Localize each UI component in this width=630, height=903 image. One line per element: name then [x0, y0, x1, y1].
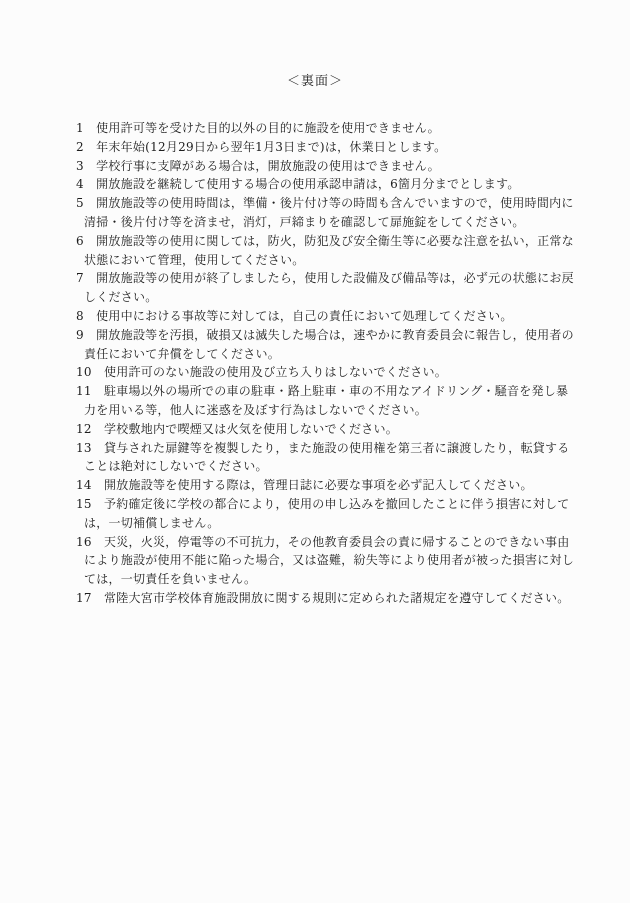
rule-text: 開放施設等の使用に関しては，防火，防犯及び安全衛生等に必要な注意を払い，正常な [96, 234, 574, 248]
rule-number: 6 [76, 234, 84, 248]
number-text-gap [92, 420, 104, 439]
rule-first-line: 16 天災，火災，停電等の不可抗力，その他教育委員会の責に帰することのできない事… [76, 533, 553, 552]
number-text-gap [84, 232, 96, 251]
rule-text: 開放施設等の使用時間は，準備・後片付け等の時間も含んでいますので，使用時間内に [96, 196, 574, 210]
number-text-gap [92, 382, 104, 401]
rule-text: 開放施設等の使用が終了しましたら，使用した設備及び備品等は，必ず元の状態にお戻 [96, 271, 574, 285]
rule-first-line: 8 使用中における事故等に対しては，自己の責任において処理してください。 [76, 307, 553, 326]
rule-text: 使用許可のない施設の使用及び立ち入りはしないでください。 [104, 365, 447, 379]
rule-number: 8 [76, 309, 84, 323]
rule-first-line: 14 開放施設等を使用する際は，管理日誌に必要な事項を必ず記入してください。 [76, 476, 553, 495]
rule-item: 4 開放施設を継続して使用する場合の使用承認申請は，6箇月分までとします。 [84, 175, 553, 194]
number-text-gap [84, 326, 96, 345]
rule-continuation-line: ては，一切責任を負いません。 [84, 570, 553, 589]
rule-number: 13 [76, 441, 92, 455]
number-text-gap [84, 119, 96, 138]
rule-text: 使用許可等を受けた目的以外の目的に施設を使用できません。 [96, 121, 440, 135]
rule-first-line: 1 使用許可等を受けた目的以外の目的に施設を使用できません。 [76, 119, 553, 138]
rule-number: 1 [76, 121, 84, 135]
rule-number: 15 [76, 497, 92, 511]
rule-item: 12 学校敷地内で喫煙又は火気を使用しないでください。 [84, 420, 553, 439]
rule-text: 学校敷地内で喫煙又は火気を使用しないでください。 [104, 422, 398, 436]
rule-text: 年末年始(12月29日から翌年1月3日まで)は，休業日とします。 [96, 140, 446, 154]
rule-item: 8 使用中における事故等に対しては，自己の責任において処理してください。 [84, 307, 553, 326]
rule-continuation-line: 力を用いる等，他人に迷惑を及ぼす行為はしないでください。 [84, 401, 553, 420]
rule-number: 14 [76, 478, 92, 492]
number-text-gap [84, 307, 96, 326]
rule-continuation-line: 清掃・後片付け等を済ませ，消灯，戸締まりを確認して扉施錠をしてください。 [84, 213, 553, 232]
rule-first-line: 11 駐車場以外の場所での車の駐車・路上駐車・車の不用なアイドリング・騒音を発し… [76, 382, 553, 401]
rule-item: 7 開放施設等の使用が終了しましたら，使用した設備及び備品等は，必ず元の状態にお… [84, 269, 553, 307]
rule-text: 常陸大宮市学校体育施設開放に関する規則に定められた諸規定を遵守してください。 [104, 591, 570, 605]
rule-text: 予約確定後に学校の都合により，使用の申し込みを撤回したことに伴う損害に対して [104, 497, 570, 511]
rule-text: 開放施設等を汚損，破損又は滅失した場合は，速やかに教育委員会に報告し，使用者の [96, 328, 574, 342]
rule-number: 7 [76, 271, 84, 285]
rule-number: 9 [76, 328, 84, 342]
number-text-gap [92, 495, 104, 514]
rule-first-line: 15 予約確定後に学校の都合により，使用の申し込みを撤回したことに伴う損害に対し… [76, 495, 553, 514]
rule-first-line: 17 常陸大宮市学校体育施設開放に関する規則に定められた諸規定を遵守してください… [76, 589, 553, 608]
rule-number: 11 [76, 384, 92, 398]
rule-text: 開放施設等を使用する際は，管理日誌に必要な事項を必ず記入してください。 [104, 478, 533, 492]
rule-first-line: 5 開放施設等の使用時間は，準備・後片付け等の時間も含んでいますので，使用時間内… [76, 194, 553, 213]
rule-first-line: 13 貸与された扉鍵等を複製したり，また施設の使用権を第三者に譲渡したり，転貸す… [76, 439, 553, 458]
rule-item: 16 天災，火災，停電等の不可抗力，その他教育委員会の責に帰することのできない事… [84, 533, 553, 589]
rule-first-line: 10 使用許可のない施設の使用及び立ち入りはしないでください。 [76, 363, 553, 382]
rule-number: 17 [76, 591, 92, 605]
page-title: ＜裏面＞ [0, 0, 630, 90]
rule-continuation-line: 責任において弁償をしてください。 [84, 345, 553, 364]
rule-first-line: 9 開放施設等を汚損，破損又は滅失した場合は，速やかに教育委員会に報告し，使用者… [76, 326, 553, 345]
rule-text: 天災，火災，停電等の不可抗力，その他教育委員会の責に帰することのできない事由 [104, 535, 570, 549]
rule-item: 2 年末年始(12月29日から翌年1月3日まで)は，休業日とします。 [84, 138, 553, 157]
number-text-gap [84, 194, 96, 213]
rule-item: 9 開放施設等を汚損，破損又は滅失した場合は，速やかに教育委員会に報告し，使用者… [84, 326, 553, 364]
rule-first-line: 7 開放施設等の使用が終了しましたら，使用した設備及び備品等は，必ず元の状態にお… [76, 269, 553, 288]
rule-item: 1 使用許可等を受けた目的以外の目的に施設を使用できません。 [84, 119, 553, 138]
rule-text: 駐車場以外の場所での車の駐車・路上駐車・車の不用なアイドリング・騒音を発し暴 [104, 384, 568, 398]
rule-text: 貸与された扉鍵等を複製したり，また施設の使用権を第三者に譲渡したり，転貸する [104, 441, 570, 455]
number-text-gap [84, 138, 96, 157]
rule-number: 3 [76, 159, 84, 173]
number-text-gap [84, 269, 96, 288]
number-text-gap [92, 476, 104, 495]
rule-text: 開放施設を継続して使用する場合の使用承認申請は，6箇月分までとします。 [96, 177, 519, 191]
number-text-gap [92, 363, 104, 382]
rule-text: 使用中における事故等に対しては，自己の責任において処理してください。 [96, 309, 513, 323]
rule-number: 5 [76, 196, 84, 210]
rule-first-line: 4 開放施設を継続して使用する場合の使用承認申請は，6箇月分までとします。 [76, 175, 553, 194]
rule-item: 5 開放施設等の使用時間は，準備・後片付け等の時間も含んでいますので，使用時間内… [84, 194, 553, 232]
rule-continuation-line: 状態において管理，使用してください。 [84, 251, 553, 270]
number-text-gap [92, 533, 104, 552]
rule-item: 14 開放施設等を使用する際は，管理日誌に必要な事項を必ず記入してください。 [84, 476, 553, 495]
rule-item: 10 使用許可のない施設の使用及び立ち入りはしないでください。 [84, 363, 553, 382]
rule-number: 2 [76, 140, 84, 154]
rule-first-line: 3 学校行事に支障がある場合は，開放施設の使用はできません。 [76, 157, 553, 176]
rule-text: 学校行事に支障がある場合は，開放施設の使用はできません。 [96, 159, 440, 173]
rule-item: 15 予約確定後に学校の都合により，使用の申し込みを撤回したことに伴う損害に対し… [84, 495, 553, 533]
rule-number: 16 [76, 535, 92, 549]
rules-list: 1 使用許可等を受けた目的以外の目的に施設を使用できません。2 年末年始(12月… [84, 119, 553, 608]
rule-continuation-line: は，一切補償しません。 [84, 514, 553, 533]
rule-number: 10 [76, 365, 92, 379]
rule-item: 17 常陸大宮市学校体育施設開放に関する規則に定められた諸規定を遵守してください… [84, 589, 553, 608]
rule-first-line: 6 開放施設等の使用に関しては，防火，防犯及び安全衛生等に必要な注意を払い，正常… [76, 232, 553, 251]
document-page: ＜裏面＞ 1 使用許可等を受けた目的以外の目的に施設を使用できません。2 年末年… [0, 0, 630, 903]
rule-number: 4 [76, 177, 84, 191]
number-text-gap [92, 589, 104, 608]
rule-item: 13 貸与された扉鍵等を複製したり，また施設の使用権を第三者に譲渡したり，転貸す… [84, 439, 553, 477]
number-text-gap [92, 439, 104, 458]
rule-item: 6 開放施設等の使用に関しては，防火，防犯及び安全衛生等に必要な注意を払い，正常… [84, 232, 553, 270]
rule-continuation-line: ことは絶対にしないでください。 [84, 457, 553, 476]
rule-first-line: 12 学校敷地内で喫煙又は火気を使用しないでください。 [76, 420, 553, 439]
rule-item: 3 学校行事に支障がある場合は，開放施設の使用はできません。 [84, 157, 553, 176]
rule-number: 12 [76, 422, 92, 436]
rule-continuation-line: により施設が使用不能に陥った場合，又は盗難，紛失等により使用者が被った損害に対し [84, 551, 553, 570]
rule-continuation-line: しください。 [84, 288, 553, 307]
rule-item: 11 駐車場以外の場所での車の駐車・路上駐車・車の不用なアイドリング・騒音を発し… [84, 382, 553, 420]
rule-first-line: 2 年末年始(12月29日から翌年1月3日まで)は，休業日とします。 [76, 138, 553, 157]
number-text-gap [84, 157, 96, 176]
number-text-gap [84, 175, 96, 194]
